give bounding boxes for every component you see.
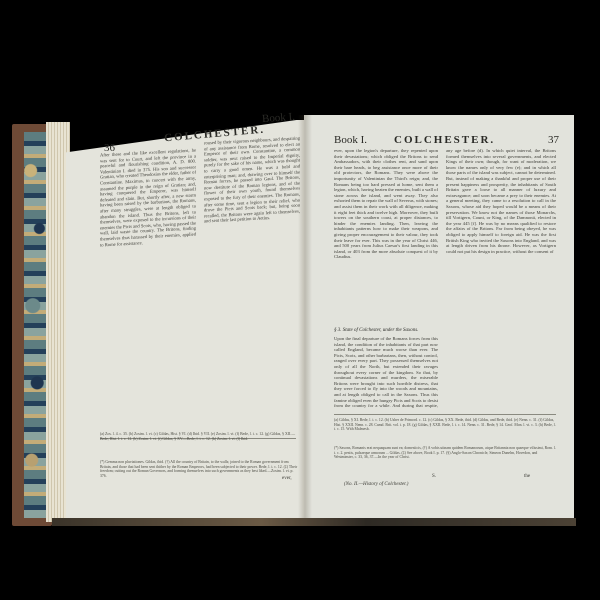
left-column-1: After these and the like excellent regul… (100, 147, 196, 384)
signature-mark: S. (432, 474, 436, 479)
imprint-line: (No. II.—History of Colchester.) (344, 482, 408, 487)
left-footnotes-a: (a) Zos. l. 4. c. 35. (b) Zosim. l. vi. … (100, 432, 300, 454)
book-bottom-edge (52, 518, 576, 526)
marbled-endpaper (24, 132, 46, 518)
section-heading: § 3. State of Colchester, under the Saxo… (334, 328, 444, 333)
book-gutter (298, 115, 312, 525)
open-book-photo: 36 COLCHESTER. Book I. After these and t… (0, 0, 600, 600)
left-column-2: roused by their vigorous neighbours, and… (204, 135, 300, 386)
right-footnote-rule (334, 414, 556, 415)
right-footnotes-b: (*) Saxons, Romanis erat nequaquam sunt … (334, 446, 556, 470)
left-book-label: Book I. (262, 111, 296, 125)
right-catchword: the (524, 474, 530, 479)
right-column-1-continued: Upon the final departure of the Romans f… (334, 336, 438, 408)
right-column-1: ever, upon the legion's departure, they … (334, 148, 438, 324)
right-footnotes-a: (a) Gildas, § XI. Bede, l. i. c. 12. (b)… (334, 418, 556, 438)
right-running-title: COLCHESTER. (394, 134, 495, 146)
right-book-label: Book I. (334, 134, 367, 146)
right-column-2: any age before (d). In which quiet inter… (446, 148, 556, 408)
left-catchword: ever, (282, 476, 292, 481)
right-page-number: 37 (548, 134, 559, 146)
left-footnotes-b: (*) Gemma non pluviationes. Gildas, ibid… (100, 460, 300, 482)
